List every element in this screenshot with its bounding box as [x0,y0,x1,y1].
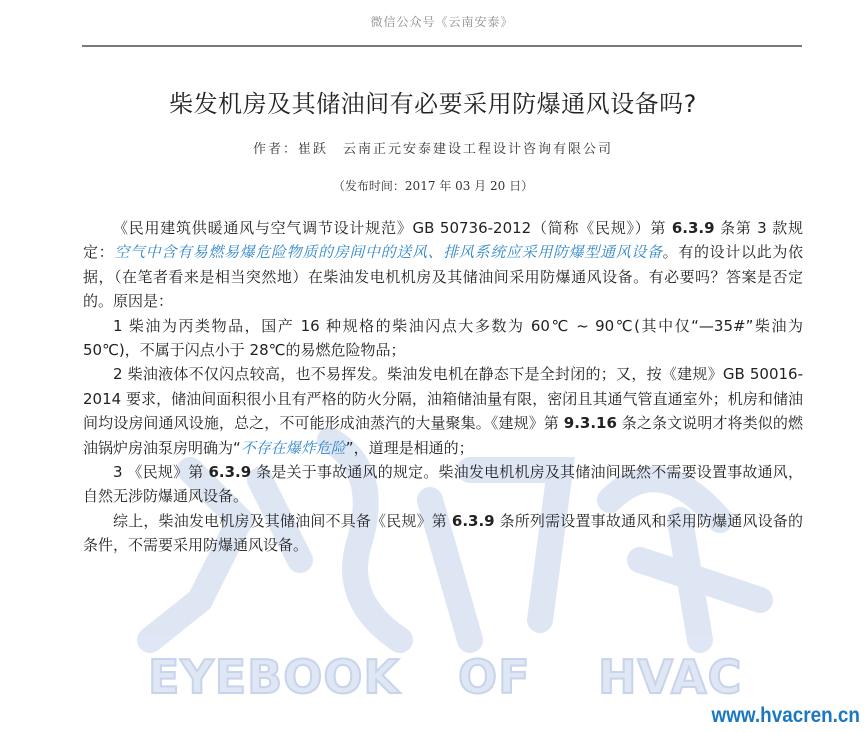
header-source: 微信公众号《云南安泰》 [82,13,802,30]
watermark-word-of: OF [458,650,531,704]
paragraph-reason-1: 1 柴油为丙类物品，国产 16 种规格的柴油闪点大多数为 60℃ ~ 90℃(其… [83,314,803,363]
watermark-url: www.hvacren.cn [712,704,860,728]
clause-number: 6.3.9 [208,463,251,481]
clause-number: 6.3.9 [672,219,715,237]
article-author: 作者：崔跃 云南正元安泰建设工程设计咨询有限公司 [0,138,866,157]
quoted-regulation: 空气中含有易燃易爆危险物质的房间中的送风、排风系统应采用防爆型通风设备 [114,243,662,261]
watermark-word-hvac: HVAC [598,650,742,704]
paragraph-intro: 《民用建筑供暖通风与空气调节设计规范》GB 50736-2012（简称《民规》）… [83,216,803,314]
article-body: 《民用建筑供暖通风与空气调节设计规范》GB 50736-2012（简称《民规》）… [83,216,803,558]
paragraph-reason-2: 2 柴油液体不仅闪点较高，也不易挥发。柴油发电机在静态下是全封闭的；又，按《建规… [83,362,803,460]
header-divider [82,45,802,47]
paragraph-reason-3: 3 《民规》第 6.3.9 条是关于事故通风的规定。柴油发电机机房及其储油间既然… [83,460,803,509]
article-title: 柴发机房及其储油间有必要采用防爆通风设备吗? [0,84,866,119]
quoted-phrase: 不存在爆炸危险 [241,439,346,457]
clause-number: 6.3.9 [452,512,495,530]
article-date: （发布时间：2017 年 03 月 20 日） [0,177,866,194]
clause-number: 9.3.16 [564,414,617,432]
paragraph-conclusion: 综上，柴油发电机房及其储油间不具备《民规》第 6.3.9 条所列需设置事故通风和… [83,509,803,558]
watermark-word-eyebook: EYEBOOK [148,650,400,704]
